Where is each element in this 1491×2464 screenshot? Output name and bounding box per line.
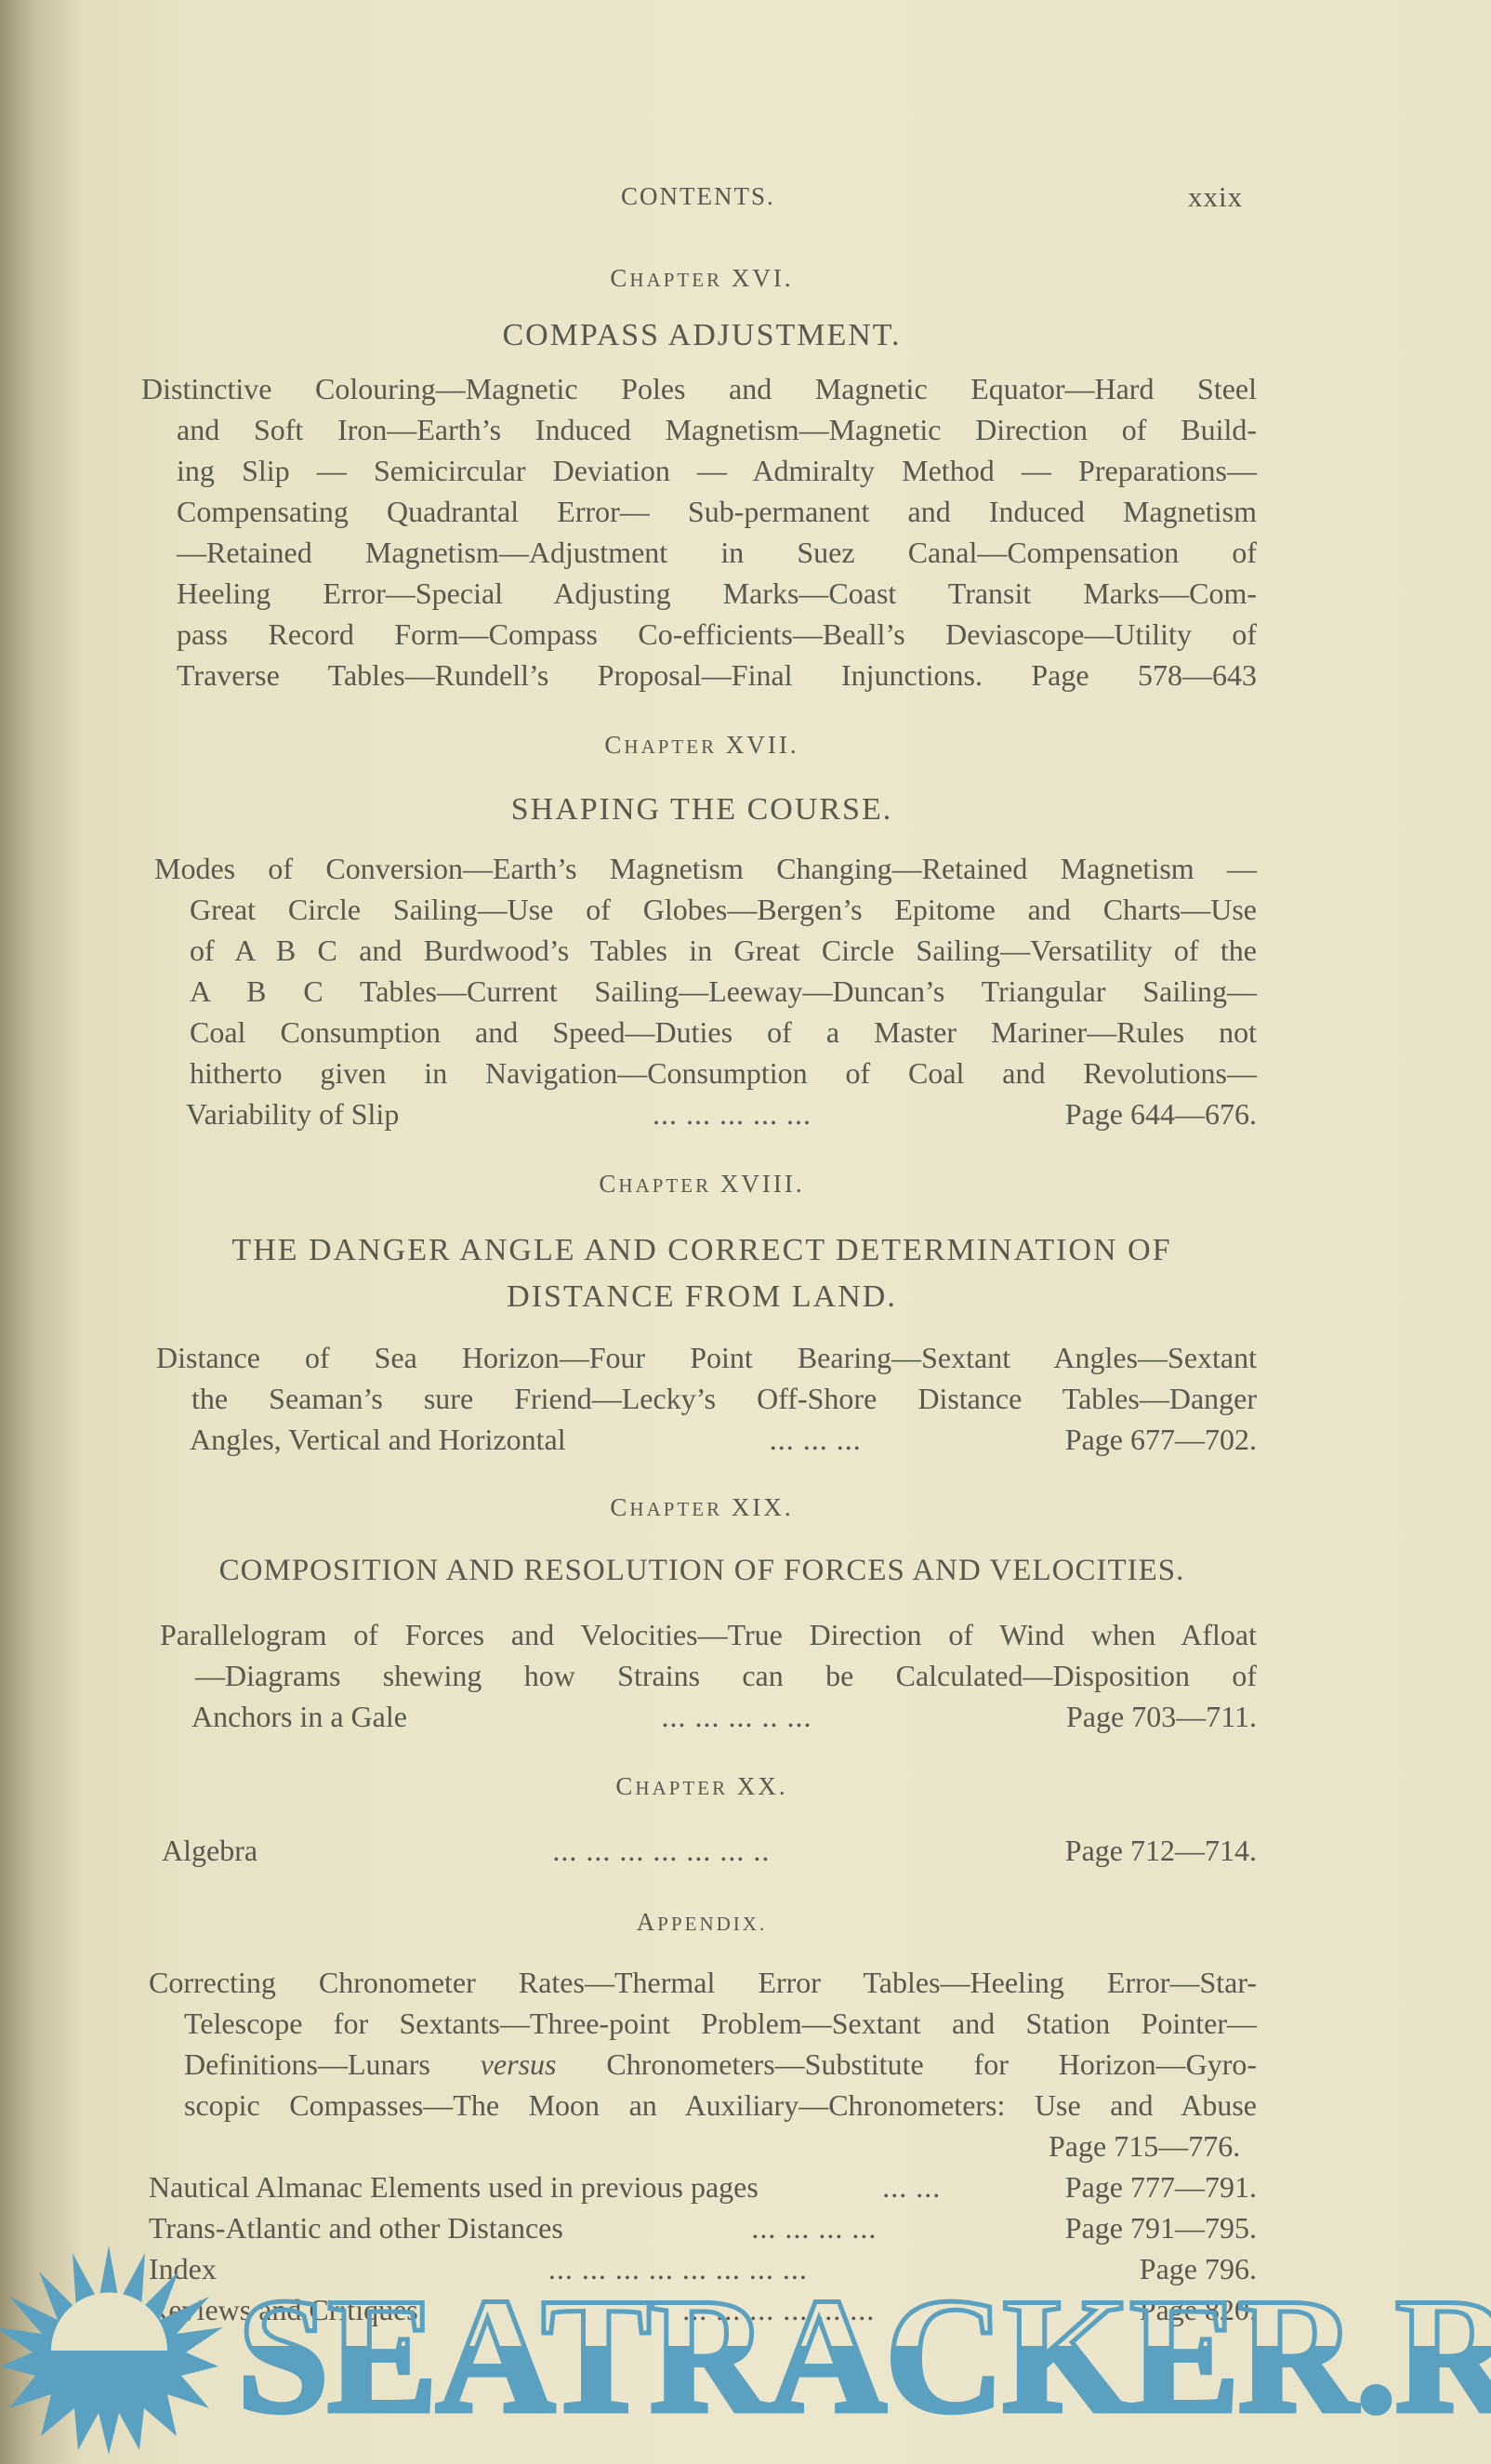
chapter-title-xviii: THE DANGER ANGLE AND CORRECT DETERMINATI…: [139, 1227, 1264, 1320]
page-range: Page 777—791.: [1065, 2166, 1257, 2207]
chapter-label-xvi: CHAPTER XVI.: [139, 264, 1264, 293]
chapter-summary-xvi: Distinctive Colouring—Magnetic Poles and…: [141, 368, 1257, 695]
chapter-final-line-xviii: Angles, Vertical and Horizontal ... ... …: [190, 1419, 1257, 1460]
chapter-title-xvi: COMPASS ADJUSTMENT.: [139, 312, 1264, 359]
book-page: CONTENTS. xxix CHAPTER XVI. COMPASS ADJU…: [0, 0, 1491, 2464]
chapter-label-xviii: CHAPTER XVIII.: [139, 1170, 1264, 1199]
appendix-entry: Reviews and Critiques ... ... ... ... ..…: [149, 2289, 1257, 2330]
running-header-title: CONTENTS.: [621, 182, 775, 211]
chapter-summary-xvii: Modes of Conversion—Earth’s Magnetism Ch…: [154, 848, 1257, 1093]
chapter-label-xix: CHAPTER XIX.: [139, 1493, 1264, 1522]
appendix-entry: Trans-Atlantic and other Distances ... .…: [149, 2207, 1257, 2248]
page-range: Page 677—702.: [1065, 1419, 1257, 1460]
appendix-entry: Index ... ... ... ... ... ... ... ... Pa…: [149, 2248, 1257, 2289]
chapter-label-xvii: CHAPTER XVII.: [139, 731, 1264, 760]
appendix-label: APPENDIX.: [139, 1908, 1264, 1937]
chapter-final-line-xvii: Variability of Slip ... ... ... ... ... …: [186, 1093, 1257, 1134]
page-range: Page 791—795.: [1065, 2207, 1257, 2248]
chapter-final-line-xx: Algebra ... ... ... ... ... ... .. Page …: [162, 1830, 1257, 1871]
page-range: Page 703—711.: [1066, 1696, 1257, 1737]
page-number: xxix: [1188, 180, 1243, 214]
page-range: Page 796.: [1140, 2248, 1257, 2289]
chapter-final-line-xix: Anchors in a Gale ... ... ... .. ... Pag…: [191, 1696, 1257, 1737]
running-header: CONTENTS. xxix: [0, 182, 1491, 219]
appendix-entry: Nautical Almanac Elements used in previo…: [149, 2166, 1257, 2207]
page-range: Page 712—714.: [1065, 1830, 1257, 1871]
chapter-title-xix: COMPOSITION AND RESOLUTION OF FORCES AND…: [139, 1547, 1264, 1594]
page-range: Page 820.: [1140, 2289, 1257, 2330]
chapter-summary-xviii: Distance of Sea Horizon—Four Point Beari…: [156, 1337, 1257, 1419]
chapter-summary-xix: Parallelogram of Forces and Velocities—T…: [160, 1614, 1257, 1696]
chapter-title-xvii: SHAPING THE COURSE.: [139, 787, 1264, 833]
appendix-page-range: Page 715—776.: [1049, 2126, 1240, 2166]
chapter-label-xx: CHAPTER XX.: [139, 1772, 1264, 1801]
page-range: Page 644—676.: [1065, 1093, 1257, 1134]
appendix-summary: Correcting Chronometer Rates—Thermal Err…: [149, 1962, 1257, 2126]
